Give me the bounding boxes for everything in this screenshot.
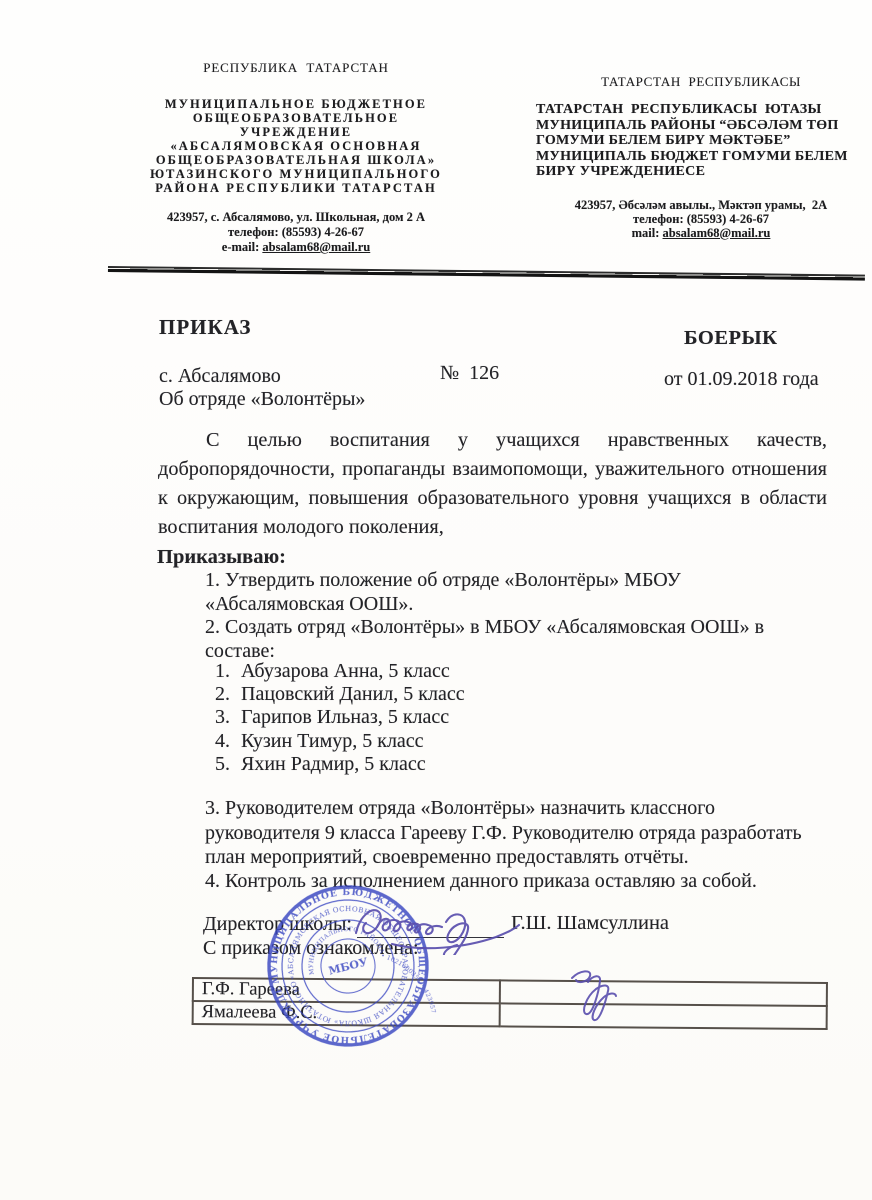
order-place: с. Абсалямово	[159, 365, 281, 388]
letterhead-left-organization: МУНИЦИПАЛЬНОЕ БЮДЖЕТНОЕ ОБЩЕОБРАЗОВАТЕЛЬ…	[100, 97, 492, 195]
org-name-line: «АБСАЛЯМОВСКАЯ ОСНОВНАЯ	[100, 139, 492, 153]
org-name-line: ОБЩЕОБРАЗОВАТЕЛЬНАЯ ШКОЛА»	[100, 153, 492, 167]
org-name-line: ОБЩЕОБРАЗОВАТЕЛЬНОЕ	[100, 111, 492, 125]
org-name-line: МУНИЦИПАЛЬНОЕ БЮДЖЕТНОЕ	[100, 97, 492, 111]
gareeva-signature-icon	[556, 967, 648, 1025]
letterhead-right-organization: ТАТАРСТАН РЕСПУБЛИКАСЫ ЮТАЗЫ МУНИЦИПАЛЬ …	[536, 102, 866, 180]
org-name-line: МУНИЦИПАЛЬ РАЙОНЫ “ӘБСӘЛӘМ ТӨП	[536, 118, 866, 134]
order-subject: Об отряде «Волонтёры»	[159, 388, 365, 411]
member-name: Яхин Радмир, 5 класс	[241, 753, 426, 776]
letterhead-left-contacts: 423957, с. Абсалямово, ул. Школьная, дом…	[100, 210, 492, 255]
order-date: от 01.09.2018 года	[664, 368, 819, 391]
order-number: № 126	[440, 362, 499, 385]
list-item: 4.Кузин Тимур, 5 класс	[215, 730, 465, 753]
member-number: 2.	[215, 683, 241, 706]
email-label: mail:	[632, 226, 663, 240]
member-name: Гарипов Ильназ, 5 класс	[241, 706, 449, 729]
order-preamble: С целью воспитания у учащихся нравственн…	[158, 426, 827, 542]
org-name-line: БИРҮ УЧРЕЖДЕНИЕСЕ	[536, 164, 866, 180]
org-name-line: ТАТАРСТАН РЕСПУБЛИКАСЫ ЮТАЗЫ	[536, 102, 866, 118]
order-item-2: 2. Создать отряд «Волонтёры» в МБОУ «Абс…	[205, 616, 865, 663]
order-item-3: 3. Руководителем отряда «Волонтёры» назн…	[205, 796, 860, 870]
postal-address: 423957, Әбсәләм авылы., Мәктәп урамы, 2А	[536, 198, 866, 212]
member-number: 5.	[215, 753, 241, 776]
stamp-center-text: МБОУ	[327, 955, 369, 977]
email-line: mail: absalam68@mail.ru	[536, 226, 866, 240]
signature-cell	[500, 980, 827, 1006]
decree-word: Приказываю:	[157, 546, 286, 569]
list-item: 2.Пацовский Данил, 5 класс	[215, 683, 465, 706]
org-name-line: МУНИЦИПАЛЬ БЮДЖЕТ ГОМУМИ БЕЛЕМ	[536, 149, 866, 165]
letterhead-separator-rule	[108, 266, 865, 281]
member-number: 4.	[215, 730, 241, 753]
member-name: Пацовский Данил, 5 класс	[241, 683, 465, 706]
email-address: absalam68@mail.ru	[663, 226, 771, 240]
email-address: absalam68@mail.ru	[262, 240, 370, 254]
org-name-line: ЮТАЗИНСКОГО МУНИЦИПАЛЬНОГО	[100, 167, 492, 181]
order-title-tatar: БОЕРЫК	[684, 327, 778, 350]
org-name-line: РАЙОНА РЕСПУБЛИКИ ТАТАРСТАН	[100, 181, 492, 195]
member-number: 1.	[215, 660, 241, 683]
org-name-line: ГОМУМИ БЕЛЕМ БИРҮ МӘКТӘБЕ”	[536, 133, 866, 149]
phone-number: телефон: (85593) 4-26-67	[536, 212, 866, 226]
letterhead-right-republic: ТАТАРСТАН РЕСПУБЛИКАСЫ	[536, 74, 866, 90]
squad-members-list: 1.Абузарова Анна, 5 класс 2.Пацовский Да…	[215, 660, 465, 776]
member-name: Абузарова Анна, 5 класс	[241, 660, 450, 683]
email-label: e-mail:	[222, 240, 263, 254]
postal-address: 423957, с. Абсалямово, ул. Школьная, дом…	[100, 210, 492, 225]
order-title-russian: ПРИКАЗ	[159, 315, 251, 340]
member-number: 3.	[215, 706, 241, 729]
scanned-order-document: РЕСПУБЛИКА ТАТАРСТАН МУНИЦИПАЛЬНОЕ БЮДЖЕ…	[0, 0, 872, 1200]
letterhead-right: ТАТАРСТАН РЕСПУБЛИКАСЫ ТАТАРСТАН РЕСПУБЛ…	[536, 74, 866, 240]
org-name-line: УЧРЕЖДЕНИЕ	[100, 125, 492, 139]
member-name: Кузин Тимур, 5 класс	[241, 730, 424, 753]
list-item: 5.Яхин Радмир, 5 класс	[215, 753, 465, 776]
list-item: 1.Абузарова Анна, 5 класс	[215, 660, 465, 683]
letterhead-left: РЕСПУБЛИКА ТАТАРСТАН МУНИЦИПАЛЬНОЕ БЮДЖЕ…	[100, 60, 492, 255]
letterhead-left-republic: РЕСПУБЛИКА ТАТАРСТАН	[100, 60, 492, 76]
phone-number: телефон: (85593) 4-26-67	[100, 225, 492, 240]
letterhead-right-contacts: 423957, Әбсәләм авылы., Мәктәп урамы, 2А…	[536, 198, 866, 240]
signature-cell	[500, 1003, 827, 1029]
director-signature-icon	[350, 895, 535, 955]
email-line: e-mail: absalam68@mail.ru	[100, 240, 492, 255]
order-item-1: 1. Утвердить положение об отряде «Волонт…	[205, 569, 855, 616]
list-item: 3.Гарипов Ильназ, 5 класс	[215, 706, 465, 729]
